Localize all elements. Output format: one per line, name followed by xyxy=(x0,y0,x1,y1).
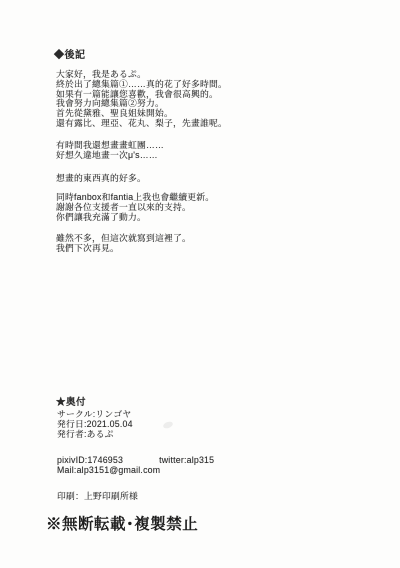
circle-name: サークル:リンゴヤ xyxy=(57,409,133,419)
afterword-line: 想畫的東西真的好多。 xyxy=(56,174,146,184)
afterword-paragraph-4: 同時fanbox和fantia上我也會繼續更新。 謝謝各位支援者一直以來的支持。… xyxy=(56,193,214,222)
afterword-heading-text: 後記 xyxy=(65,50,86,61)
afterword-line: 還有露比、理亞、花丸、梨子，先畫誰呢。 xyxy=(56,119,227,129)
colophon-heading-text: 奥付 xyxy=(66,397,86,408)
pixiv-id: pixivID:1746953 xyxy=(57,455,123,465)
colophon-printer-block: 印刷：上野印刷所様 xyxy=(57,491,138,501)
star-icon: ★ xyxy=(56,397,66,408)
colophon-publisher-block: サークル:リンゴヤ 発行日:2021.05.04 発行者:あるぷ xyxy=(57,409,133,439)
contact-row: pixivID:1746953twitter:alp315 xyxy=(57,455,214,465)
mail-address: Mail:alp3151@gmail.com xyxy=(57,465,214,475)
afterword-paragraph-5: 雖然不多，但這次就寫到這裡了。 我們下次再見。 xyxy=(56,234,191,254)
scan-smudge-artifact xyxy=(162,420,173,429)
colophon-contact-block: pixivID:1746953twitter:alp315 Mail:alp31… xyxy=(57,455,214,475)
afterword-page: ◆後記 大家好，我是あるぷ。 終於出了總集篇①……真的花了好多時間。 如果有一篇… xyxy=(0,0,400,568)
reprint-prohibition-notice: ※無断転載･複製禁止 xyxy=(46,512,198,534)
printer-name: 印刷：上野印刷所様 xyxy=(57,491,138,501)
twitter-handle: twitter:alp315 xyxy=(159,455,214,465)
afterword-line: 你們讓我充滿了動力。 xyxy=(56,213,214,223)
afterword-paragraph-1: 大家好，我是あるぷ。 終於出了總集篇①……真的花了好多時間。 如果有一篇能讓您喜… xyxy=(56,70,227,129)
colophon-heading: ★奥付 xyxy=(56,394,86,408)
afterword-paragraph-2: 有時間我還想畫畫虹團…… 好想久違地畫一次μ's…… xyxy=(56,141,164,161)
afterword-heading: ◆後記 xyxy=(54,46,86,61)
publisher-name: 発行者:あるぷ xyxy=(57,429,133,439)
afterword-paragraph-3: 想畫的東西真的好多。 xyxy=(56,174,146,184)
publish-date: 発行日:2021.05.04 xyxy=(57,419,133,429)
diamond-icon: ◆ xyxy=(54,50,65,61)
afterword-line: 我們下次再見。 xyxy=(56,244,191,254)
afterword-line: 好想久違地畫一次μ's…… xyxy=(56,151,164,161)
